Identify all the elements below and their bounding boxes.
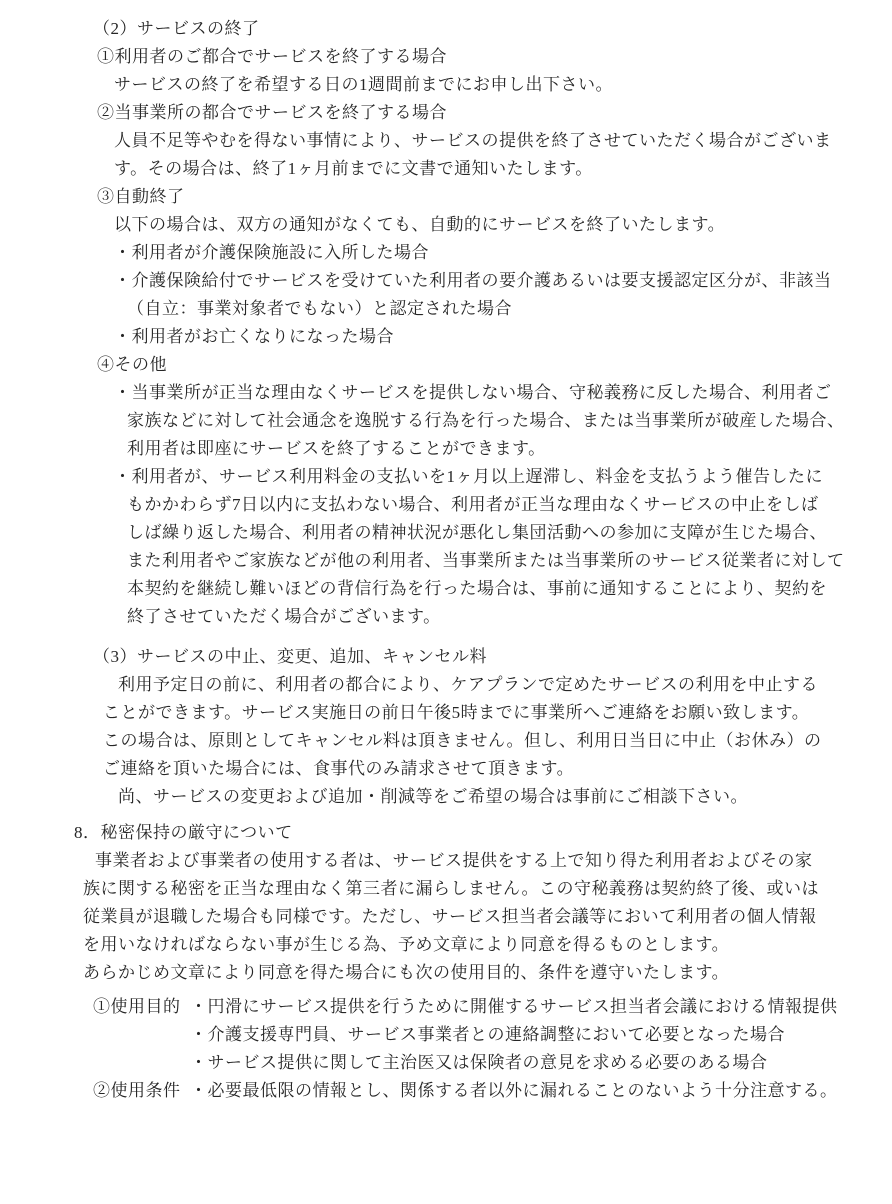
service-end-item4-bullet-cont: また利用者やご家族などが他の利用者、当事業所または当事業所のサービス従業者に対し… [74, 547, 874, 575]
usage-purpose-row: ①使用目的・円滑にサービス提供を行うために開催するサービス担当者会議における情報… [74, 993, 874, 1021]
usage-purpose-bullet: ・円滑にサービス提供を行うために開催するサービス担当者会議における情報提供 [190, 993, 838, 1021]
service-end-item3-body: 以下の場合は、双方の通知がなくても、自動的にサービスを終了いたします。 [74, 211, 874, 239]
service-end-item4-bullet-cont: 利用者は即座にサービスを終了することができます。 [74, 435, 874, 463]
confidentiality-heading: 8．秘密保持の厳守について [74, 819, 874, 847]
service-end-heading: （2）サービスの終了 [74, 15, 874, 43]
usage-condition-bullet: ・必要最低限の情報とし、関係する者以外に漏れることのないよう十分注意する。 [190, 1077, 838, 1105]
service-end-item4-bullet-cont: しば繰り返した場合、利用者の精神状況が悪化し集団活動への参加に支障が生じた場合、 [74, 519, 874, 547]
cancel-body: ご連絡を頂いた場合には、食事代のみ請求させて頂きます。 [74, 755, 874, 783]
cancel-body: ことができます。サービス実施日の前日午後5時までに事業所へご連絡をお願い致します… [74, 699, 874, 727]
service-end-item4-bullet-cont: 終了させていただく場合がございます。 [74, 603, 874, 631]
service-end-item4-bullet: ・利用者が、サービス利用料金の支払いを1ヶ月以上遅滞し、料金を支払うよう催告した… [74, 463, 874, 491]
service-end-item3-title: ③自動終了 [74, 183, 874, 211]
section-gap [74, 811, 874, 819]
service-end-item3-bullet: ・利用者が介護保険施設に入所した場合 [74, 239, 874, 267]
service-end-item4-bullet: ・当事業所が正当な理由なくサービスを提供しない場合、守秘義務に反した場合、利用者… [74, 379, 874, 407]
service-end-item3-bullet: ・介護保険給付でサービスを受けていた利用者の要介護あるいは要支援認定区分が、非該… [74, 267, 874, 295]
usage-purpose-bullet: ・サービス提供に関して主治医又は保険者の意見を求める必要のある場合 [74, 1049, 874, 1077]
service-end-item4-title: ④その他 [74, 351, 874, 379]
service-end-item3-bullet: ・利用者がお亡くなりになった場合 [74, 323, 874, 351]
contract-document-page: （2）サービスの終了 ①利用者のご都合でサービスを終了する場合 サービスの終了を… [0, 0, 892, 1204]
service-end-item3-bullet-cont: （自立：事業対象者でもない）と認定された場合 [74, 295, 874, 323]
cancel-heading: （3）サービスの中止、変更、追加、キャンセル料 [74, 643, 874, 671]
usage-condition-row: ②使用条件・必要最低限の情報とし、関係する者以外に漏れることのないよう十分注意す… [74, 1077, 874, 1105]
confidentiality-body: を用いなければならない事が生じる為、予め文章により同意を得るものとします。 [74, 931, 874, 959]
usage-condition-label: ②使用条件 [93, 1077, 190, 1105]
service-end-item2-title: ②当事業所の都合でサービスを終了する場合 [74, 99, 874, 127]
confidentiality-body: 族に関する秘密を正当な理由なく第三者に漏らしません。この守秘義務は契約終了後、或… [74, 875, 874, 903]
service-end-item4-bullet-cont: 家族などに対して社会通念を逸脱する行為を行った場合、または当事業所が破産した場合… [74, 407, 874, 435]
cancel-body: この場合は、原則としてキャンセル料は頂きません。但し、利用日当日に中止（お休み）… [74, 727, 874, 755]
service-end-item4-bullet-cont: もかかわらず7日以内に支払わない場合、利用者が正当な理由なくサービスの中止をしば [74, 491, 874, 519]
service-end-item1-title: ①利用者のご都合でサービスを終了する場合 [74, 43, 874, 71]
confidentiality-body: あらかじめ文章により同意を得た場合にも次の使用目的、条件を遵守いたします。 [74, 959, 874, 987]
service-end-item1-body: サービスの終了を希望する日の1週間前までにお申し出下さい。 [74, 71, 874, 99]
cancel-body: 尚、サービスの変更および追加・削減等をご希望の場合は事前にご相談下さい。 [74, 783, 874, 811]
section-gap [74, 631, 874, 643]
service-end-item4-bullet-cont: 本契約を継続し難いほどの背信行為を行った場合は、事前に通知することにより、契約を [74, 575, 874, 603]
cancel-body: 利用予定日の前に、利用者の都合により、ケアプランで定めたサービスの利用を中止する [74, 671, 874, 699]
usage-purpose-label: ①使用目的 [93, 993, 190, 1021]
service-end-item2-body: す。その場合は、終了1ヶ月前までに文書で通知いたします。 [74, 155, 874, 183]
confidentiality-body: 事業者および事業者の使用する者は、サービス提供をする上で知り得た利用者およびその… [74, 847, 874, 875]
service-end-item2-body: 人員不足等やむを得ない事情により、サービスの提供を終了させていただく場合がござい… [74, 127, 874, 155]
confidentiality-body: 従業員が退職した場合も同様です。ただし、サービス担当者会議等において利用者の個人… [74, 903, 874, 931]
usage-purpose-bullet: ・介護支援専門員、サービス事業者との連絡調整において必要となった場合 [74, 1021, 874, 1049]
